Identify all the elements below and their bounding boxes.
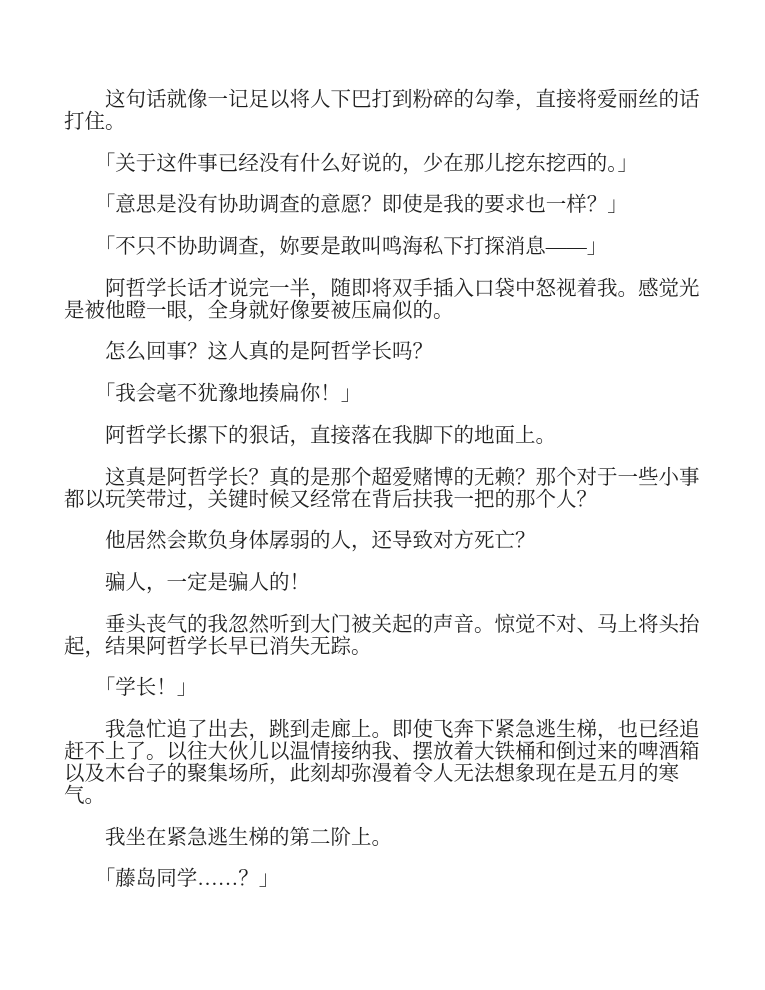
paragraph: 这句话就像一记足以将人下巴打到粉碎的勾拳，直接将爱丽丝的话 打住。 bbox=[64, 89, 712, 133]
paragraph: 他居然会欺负身体孱弱的人，还导致对方死亡？ bbox=[64, 530, 712, 552]
paragraph-dialogue: 「关于这件事已经没有什么好说的，少在那儿挖东挖西的。」 bbox=[64, 153, 712, 175]
paragraph: 怎么回事？这人真的是阿哲学长吗？ bbox=[64, 341, 712, 363]
paragraph: 我坐在紧急逃生梯的第二阶上。 bbox=[64, 827, 712, 849]
paragraph-dialogue: 「学长！」 bbox=[64, 677, 712, 699]
paragraph-dialogue: 「意思是没有协助调查的意愿？即使是我的要求也一样？」 bbox=[64, 194, 712, 216]
novel-text-block: 这句话就像一记足以将人下巴打到粉碎的勾拳，直接将爱丽丝的话 打住。 「关于这件事… bbox=[64, 89, 712, 890]
paragraph: 垂头丧气的我忽然听到大门被关起的声音。惊觉不对、马上将头抬 起，结果阿哲学长早已… bbox=[64, 614, 712, 658]
paragraph: 这真是阿哲学长？真的是那个超爱赌博的无赖？那个对于一些小事 都以玩笑带过，关键时… bbox=[64, 467, 712, 511]
paragraph: 阿哲学长摞下的狠话，直接落在我脚下的地面上。 bbox=[64, 425, 712, 447]
novel-page: 这句话就像一记足以将人下巴打到粉碎的勾拳，直接将爱丽丝的话 打住。 「关于这件事… bbox=[0, 0, 765, 990]
paragraph-dialogue: 「我会毫不犹豫地揍扁你！」 bbox=[64, 383, 712, 405]
paragraph-dialogue: 「藤岛同学……？」 bbox=[64, 868, 712, 890]
paragraph-dialogue: 「不只不协助调查，妳要是敢叫鸣海私下打探消息——」 bbox=[64, 236, 712, 258]
paragraph: 我急忙追了出去，跳到走廊上。即使飞奔下紧急逃生梯，也已经追 赶不上了。以往大伙儿… bbox=[64, 719, 712, 807]
paragraph: 阿哲学长话才说完一半，随即将双手插入口袋中怒视着我。感觉光 是被他瞪一眼，全身就… bbox=[64, 278, 712, 322]
paragraph: 骗人，一定是骗人的！ bbox=[64, 572, 712, 594]
